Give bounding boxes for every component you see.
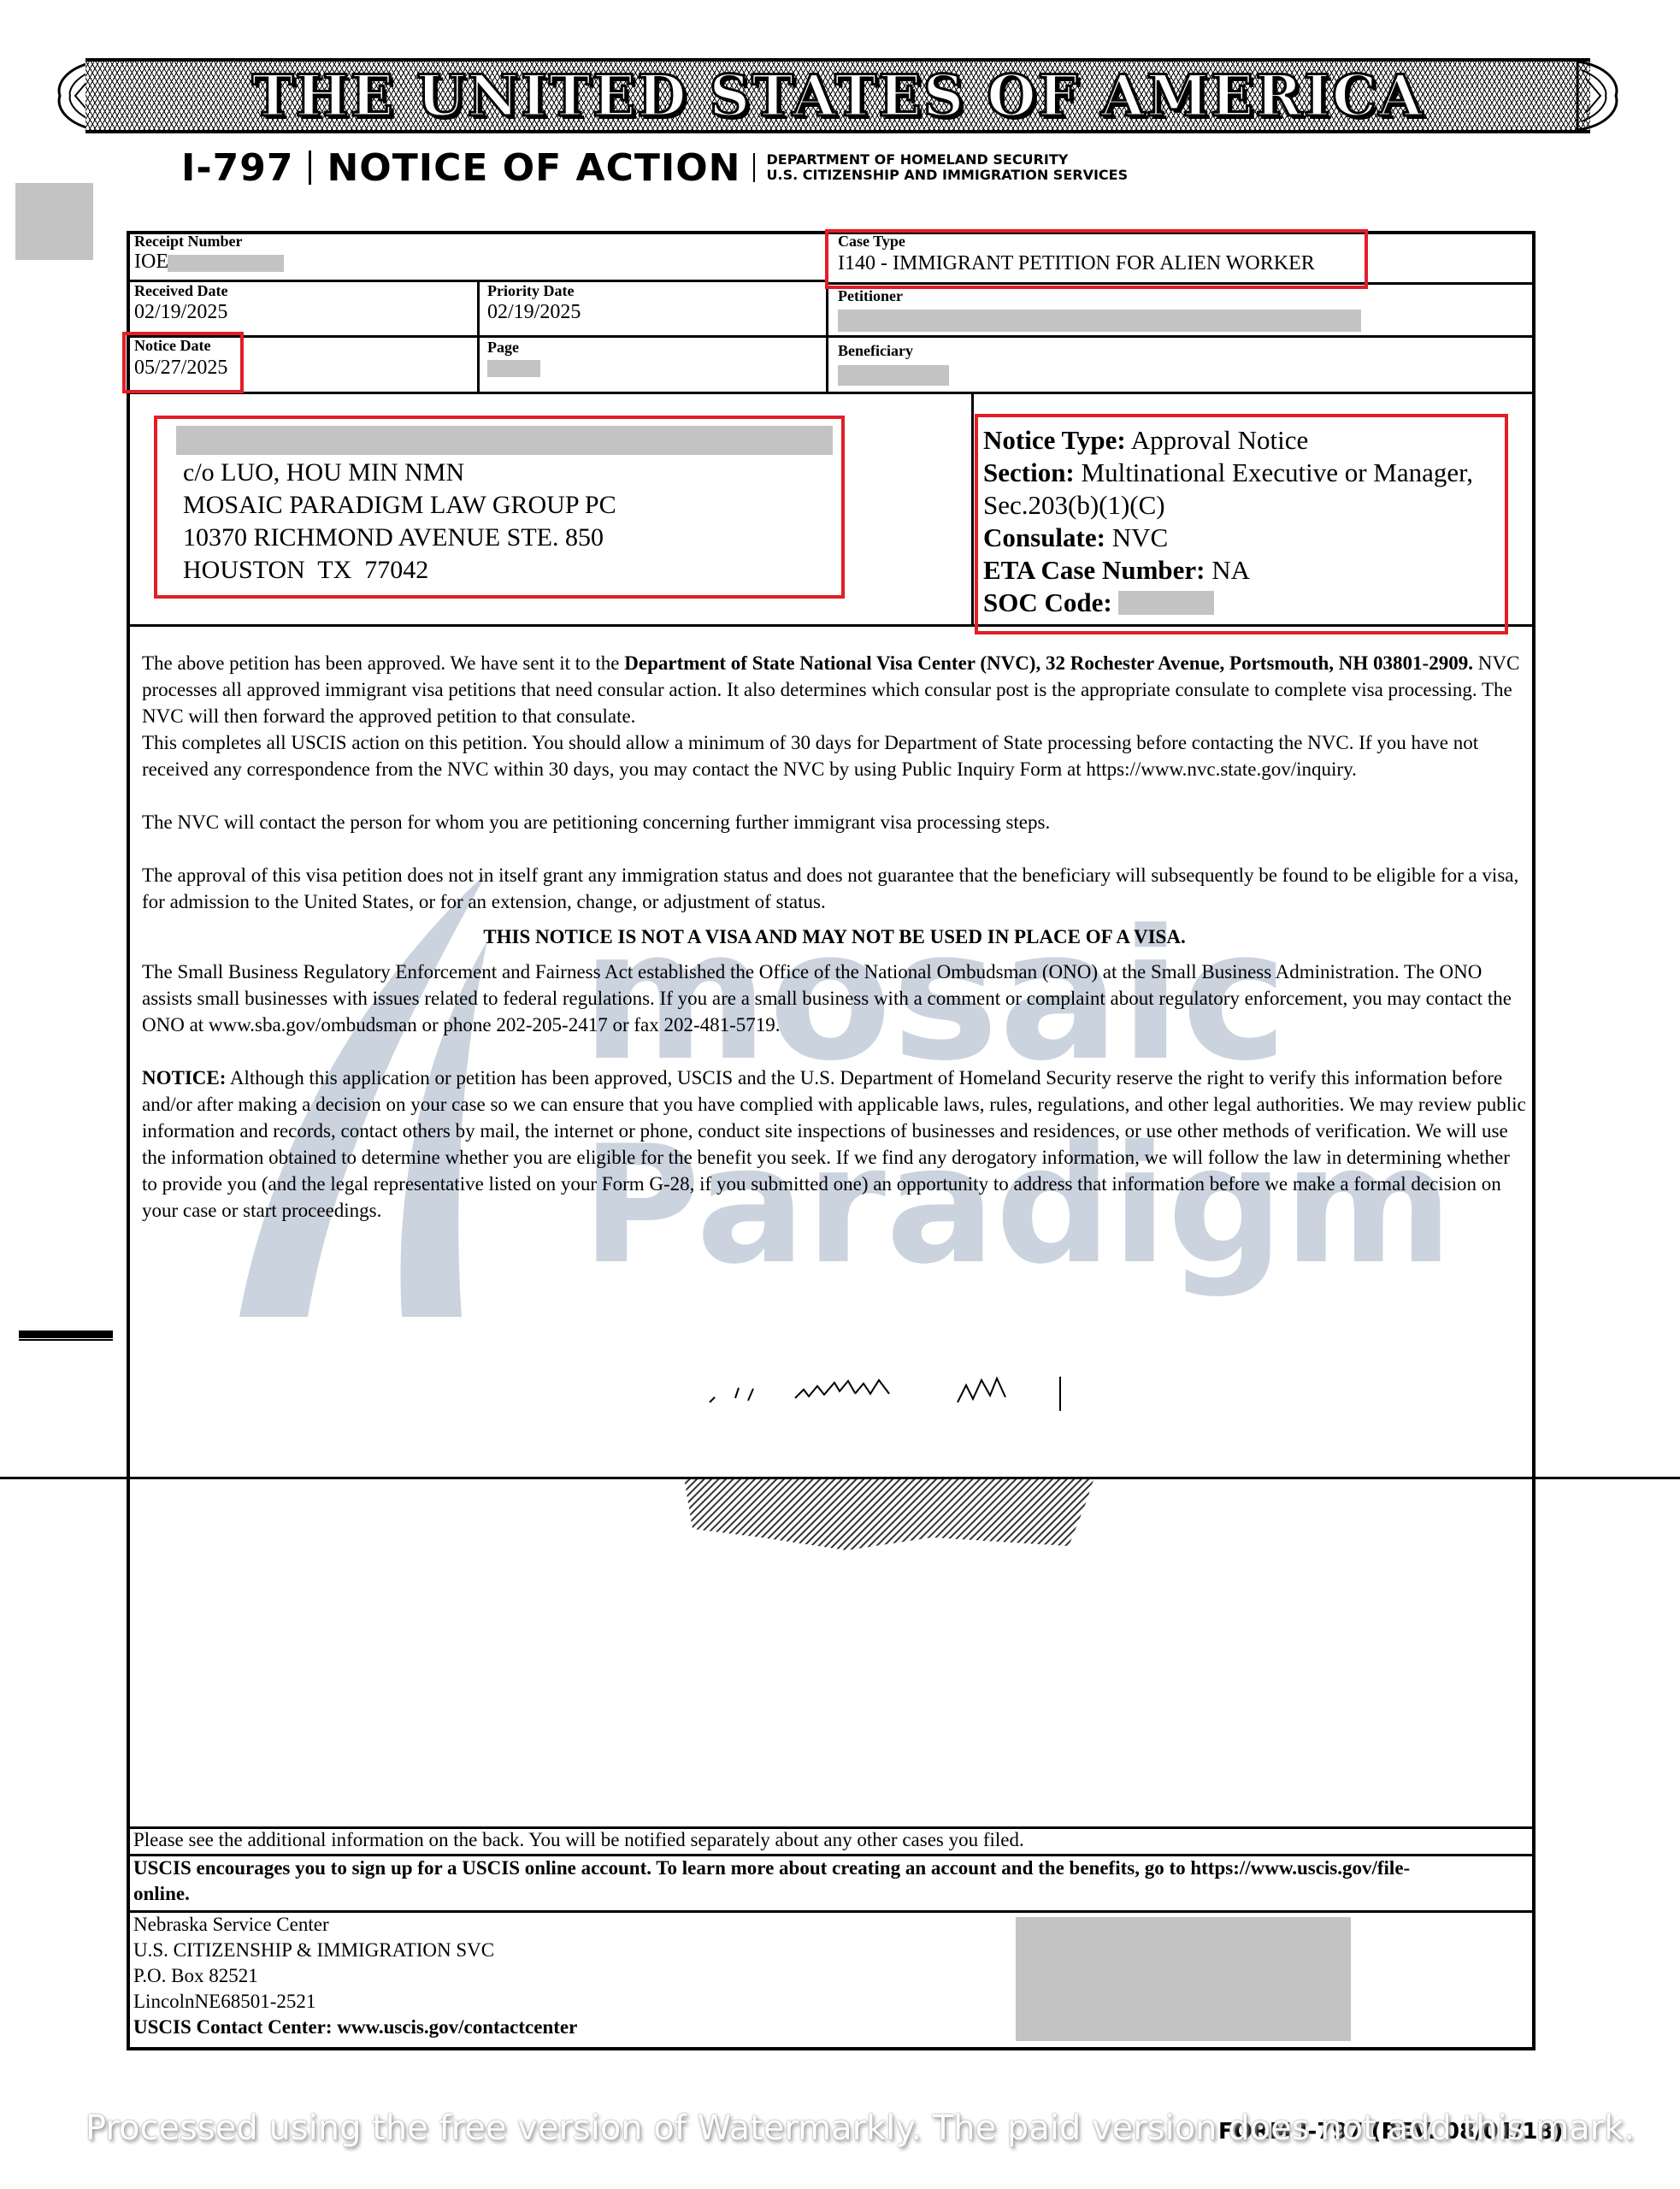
agency-line: U.S. CITIZENSHIP AND IMMIGRATION SERVICE…	[767, 168, 1129, 183]
divider	[971, 392, 974, 626]
received-date-label: Received Date	[134, 282, 227, 300]
nvc-address: Department of State National Visa Center…	[624, 652, 1473, 674]
redacted-petitioner	[838, 310, 1361, 332]
scroll-ornament-icon	[1573, 53, 1624, 139]
notice-label: NOTICE:	[142, 1067, 226, 1089]
highlight-box	[122, 332, 244, 393]
uscis-action-paragraph: This completes all USCIS action on this …	[142, 729, 1527, 782]
form-name: NOTICE OF ACTION	[327, 146, 740, 190]
consulate-value: NVC	[1112, 522, 1168, 552]
approval-disclaimer-paragraph: The approval of this visa petition does …	[142, 862, 1527, 915]
form-header: I-797 NOTICE OF ACTION DEPARTMENT OF HOM…	[181, 142, 1128, 193]
banner-title: THE UNITED STATES OF AMERICA	[51, 62, 1624, 130]
form-number: I-797	[181, 146, 293, 190]
address-line: 10370 RICHMOND AVENUE STE. 850	[183, 522, 616, 554]
page-label: Page	[487, 339, 519, 357]
approval-paragraph: The above petition has been approved. We…	[142, 650, 1527, 729]
section-value: Multinational Executive or Manager,	[1082, 457, 1473, 487]
scan-mark	[19, 1336, 113, 1338]
section-label: Section:	[983, 457, 1075, 487]
usa-banner: THE UNITED STATES OF AMERICA	[51, 53, 1624, 139]
priority-date-label: Priority Date	[487, 282, 574, 300]
divider	[477, 280, 480, 392]
section-row: Section: Multinational Executive or Mana…	[983, 457, 1473, 489]
not-a-visa-warning: THIS NOTICE IS NOT A VISA AND MAY NOT BE…	[142, 923, 1527, 950]
text: Although this application or petition ha…	[142, 1067, 1526, 1221]
eta-row: ETA Case Number: NA	[983, 554, 1473, 587]
divider	[309, 150, 311, 185]
consulate-row: Consulate: NVC	[983, 522, 1473, 554]
seal-smudge	[675, 1478, 1103, 1555]
online-account-note: USCIS encourages you to sign up for a US…	[133, 1856, 1416, 1907]
watermarkly-overlay: Processed using the free version of Wate…	[85, 2109, 1635, 2148]
nvc-contact-paragraph: The NVC will contact the person for whom…	[142, 809, 1527, 835]
soc-row: SOC Code:	[983, 587, 1473, 619]
redacted-beneficiary	[838, 365, 949, 386]
verification-notice-paragraph: NOTICE: Although this application or pet…	[142, 1065, 1527, 1224]
highlight-box	[825, 229, 1368, 289]
divider	[127, 392, 1536, 394]
notice-details: Notice Type: Approval Notice Section: Mu…	[983, 424, 1473, 619]
beneficiary-label: Beneficiary	[838, 342, 913, 360]
ombudsman-paragraph: The Small Business Regulatory Enforcemen…	[142, 959, 1527, 1038]
redacted-receipt-number	[168, 255, 284, 272]
address-line: MOSAIC PARADIGM LAW GROUP PC	[183, 489, 616, 522]
mailing-address: c/o LUO, HOU MIN NMN MOSAIC PARADIGM LAW…	[183, 457, 616, 587]
department-name: DEPARTMENT OF HOMELAND SECURITY U.S. CIT…	[767, 152, 1129, 183]
redacted-barcode	[1016, 1917, 1351, 2041]
redacted-page	[487, 360, 540, 377]
received-date-value: 02/19/2025	[134, 301, 227, 324]
redacted-barcode	[15, 183, 93, 260]
scan-mark	[19, 1339, 113, 1341]
section-cont: Sec.203(b)(1)(C)	[983, 489, 1473, 522]
service-center-line: U.S. CITIZENSHIP & IMMIGRATION SVC	[133, 1938, 577, 1963]
service-center-line: Nebraska Service Center	[133, 1912, 577, 1938]
additional-info-note: Please see the additional information on…	[133, 1827, 1024, 1853]
petitioner-label: Petitioner	[838, 287, 903, 305]
notice-type-row: Notice Type: Approval Notice	[983, 424, 1473, 457]
service-center-line: LincolnNE68501-2521	[133, 1989, 577, 2015]
notice-type-label: Notice Type:	[983, 425, 1126, 455]
signature-scribble	[701, 1360, 1086, 1428]
text: The above petition has been approved. We…	[142, 652, 624, 674]
soc-label: SOC Code:	[983, 587, 1112, 617]
receipt-number-label: Receipt Number	[134, 233, 242, 251]
receipt-number-value: IOE	[134, 251, 168, 274]
priority-date-value: 02/19/2025	[487, 301, 581, 324]
contact-center: USCIS Contact Center: www.uscis.gov/cont…	[133, 2015, 577, 2040]
address-line: HOUSTON TX 77042	[183, 554, 616, 587]
redacted-addressee	[176, 426, 833, 455]
service-center-line: P.O. Box 82521	[133, 1963, 577, 1989]
divider	[127, 335, 1536, 338]
eta-value: NA	[1211, 555, 1250, 585]
department-line: DEPARTMENT OF HOMELAND SECURITY	[767, 152, 1129, 168]
eta-label: ETA Case Number:	[983, 555, 1205, 585]
service-center-address: Nebraska Service Center U.S. CITIZENSHIP…	[133, 1912, 577, 2040]
redacted-soc-code	[1118, 591, 1214, 615]
divider	[753, 153, 755, 182]
notice-body: The above petition has been approved. We…	[142, 650, 1527, 1250]
consulate-label: Consulate:	[983, 522, 1105, 552]
notice-type-value: Approval Notice	[1131, 425, 1308, 455]
address-line: c/o LUO, HOU MIN NMN	[183, 457, 616, 489]
